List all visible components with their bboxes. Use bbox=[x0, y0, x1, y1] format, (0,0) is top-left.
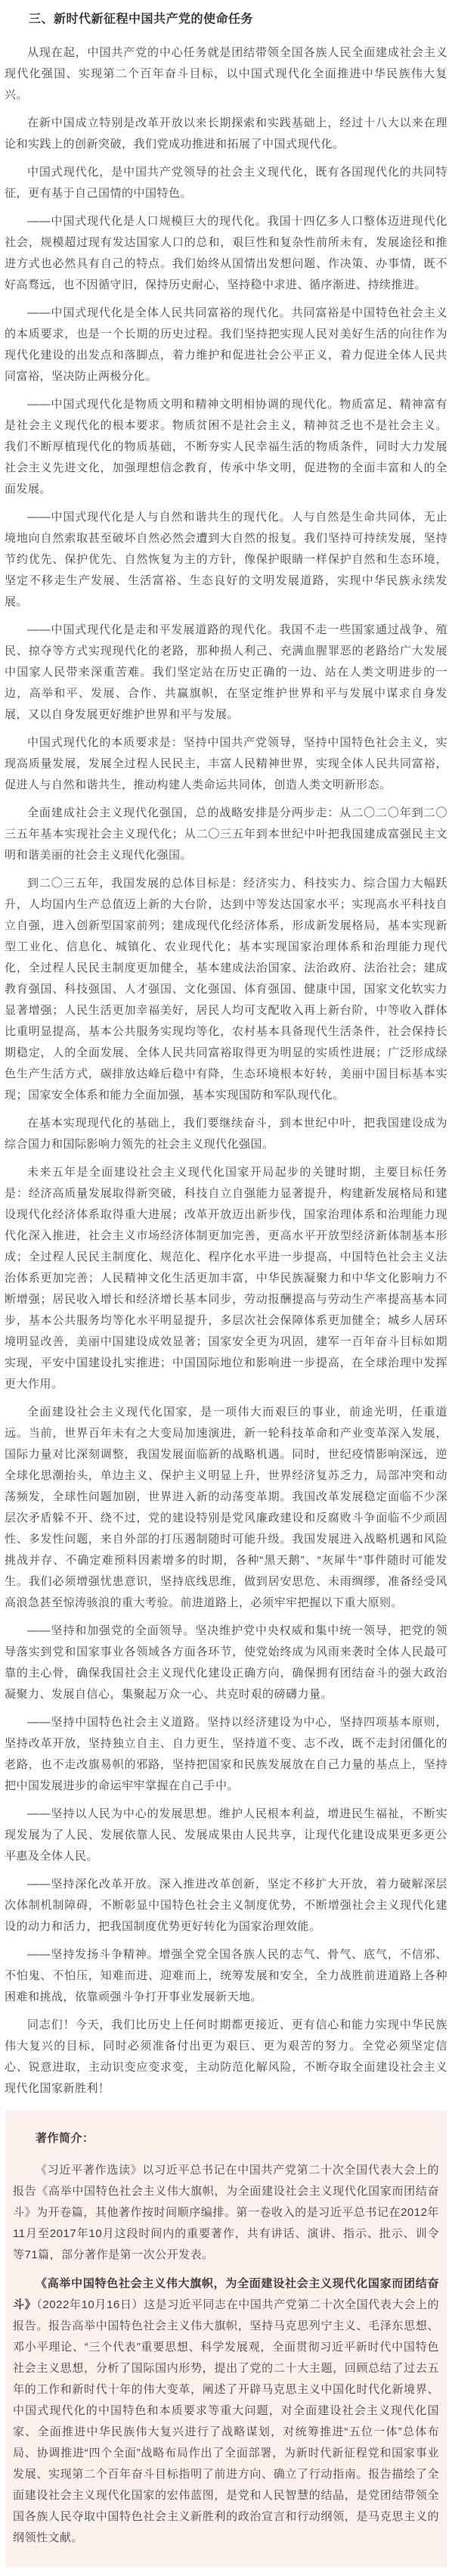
body-paragraph: ——中国式现代化是走和平发展道路的现代化。我国不走一些国家通过战争、殖民、掠夺等… bbox=[5, 620, 447, 726]
body-paragraph: ——坚持中国特色社会主义道路。坚持以经济建设为中心，坚持四项基本原则，坚持改革开… bbox=[5, 1712, 447, 1797]
body-paragraph: ——中国式现代化是人口规模巨大的现代化。我国十四亿多人口整体迈进现代化社会，规模… bbox=[5, 211, 447, 296]
body-paragraph: ——坚持和加强党的全面领导。坚决维护党中央权威和集中统一领导，把党的领导落实到党… bbox=[5, 1620, 447, 1705]
page-title: 三、新时代新征程中国共产党的使命任务 bbox=[5, 11, 447, 29]
body-paragraph: 在新中国成立特别是改革开放以来长期探索和实践基础上，经过十八大以来在理论和实践上… bbox=[5, 113, 447, 155]
intro-paragraph: 《高举中国特色社会主义伟大旗帜，为全面建设社会主义现代化国家而团结奋斗》（202… bbox=[13, 2273, 439, 2549]
body-paragraph: 到二〇三五年，我国发展的总体目标是：经济实力、科技实力、综合国力大幅跃升，人均国… bbox=[5, 873, 447, 1106]
body-paragraph: 在基本实现现代化的基础上，我们要继续奋斗，到本世纪中叶，把我国建设成为综合国力和… bbox=[5, 1113, 447, 1155]
body-paragraph: ——坚持发扬斗争精神。增强全党全国各族人民的志气、骨气、底气，不信邪、不怕鬼、不… bbox=[5, 1944, 447, 2008]
body-paragraph: ——中国式现代化是物质文明和精神文明相协调的现代化。物质富足、精神富有是社会主义… bbox=[5, 394, 447, 500]
body-paragraph: 未来五年是全面建设社会主义现代化国家开局起步的关键时期，主要目标任务是：经济高质… bbox=[5, 1162, 447, 1395]
document-page: 三、新时代新征程中国共产党的使命任务 从现在起，中国共产党的中心任务就是团结带领… bbox=[0, 0, 452, 2567]
body-paragraph: 中国式现代化的本质要求是：坚持中国共产党领导，坚持中国特色社会主义，实现高质量发… bbox=[5, 732, 447, 796]
body-paragraph: 从现在起，中国共产党的中心任务就是团结带领全国各族人民全面建成社会主义现代化强国… bbox=[5, 42, 447, 106]
intro-box-heading: 著作简介： bbox=[13, 2128, 439, 2149]
intro-paragraph: 《习近平著作选读》以习近平总书记在中国共产党第二十次全国代表大会上的报告《高举中… bbox=[13, 2160, 439, 2266]
body-paragraph: 全面建设社会主义现代化国家，是一项伟大而艰巨的事业，前途光明，任重道远。当前，世… bbox=[5, 1402, 447, 1614]
body-paragraph: ——坚持以人民为中心的发展思想。维护人民根本利益，增进民生福祉，不断实现发展为了… bbox=[5, 1804, 447, 1867]
body-paragraph: ——中国式现代化是全体人民共同富裕的现代化。共同富裕是中国特色社会主义的本质要求… bbox=[5, 303, 447, 387]
intro-box: 著作简介： 《习近平著作选读》以习近平总书记在中国共产党第二十次全国代表大会上的… bbox=[5, 2110, 447, 2567]
body-paragraph: 中国式现代化，是中国共产党领导的社会主义现代化，既有各国现代化的共同特征，更有基… bbox=[5, 162, 447, 204]
body-paragraph: ——中国式现代化是人与自然和谐共生的现代化。人与自然是生命共同体，无止境地向自然… bbox=[5, 507, 447, 613]
book-date: （2022年10月16日） bbox=[36, 2298, 144, 2311]
body-paragraph: 全面建成社会主义现代化强国，总的战略安排是分两步走：从二〇二〇年到二〇三五年基本… bbox=[5, 803, 447, 866]
body-paragraph: ——坚持深化改革开放。深入推进改革创新，坚定不移扩大开放，着力破解深层次体制机制… bbox=[5, 1874, 447, 1937]
book-description: 这是习近平同志在中国共产党第二十次全国代表大会上的报告。报告高举中国特色社会主义… bbox=[13, 2298, 439, 2544]
body-paragraph: 同志们！今天，我们比历史上任何时期都更接近、更有信心和能力实现中华民族伟大复兴的… bbox=[5, 2015, 447, 2099]
